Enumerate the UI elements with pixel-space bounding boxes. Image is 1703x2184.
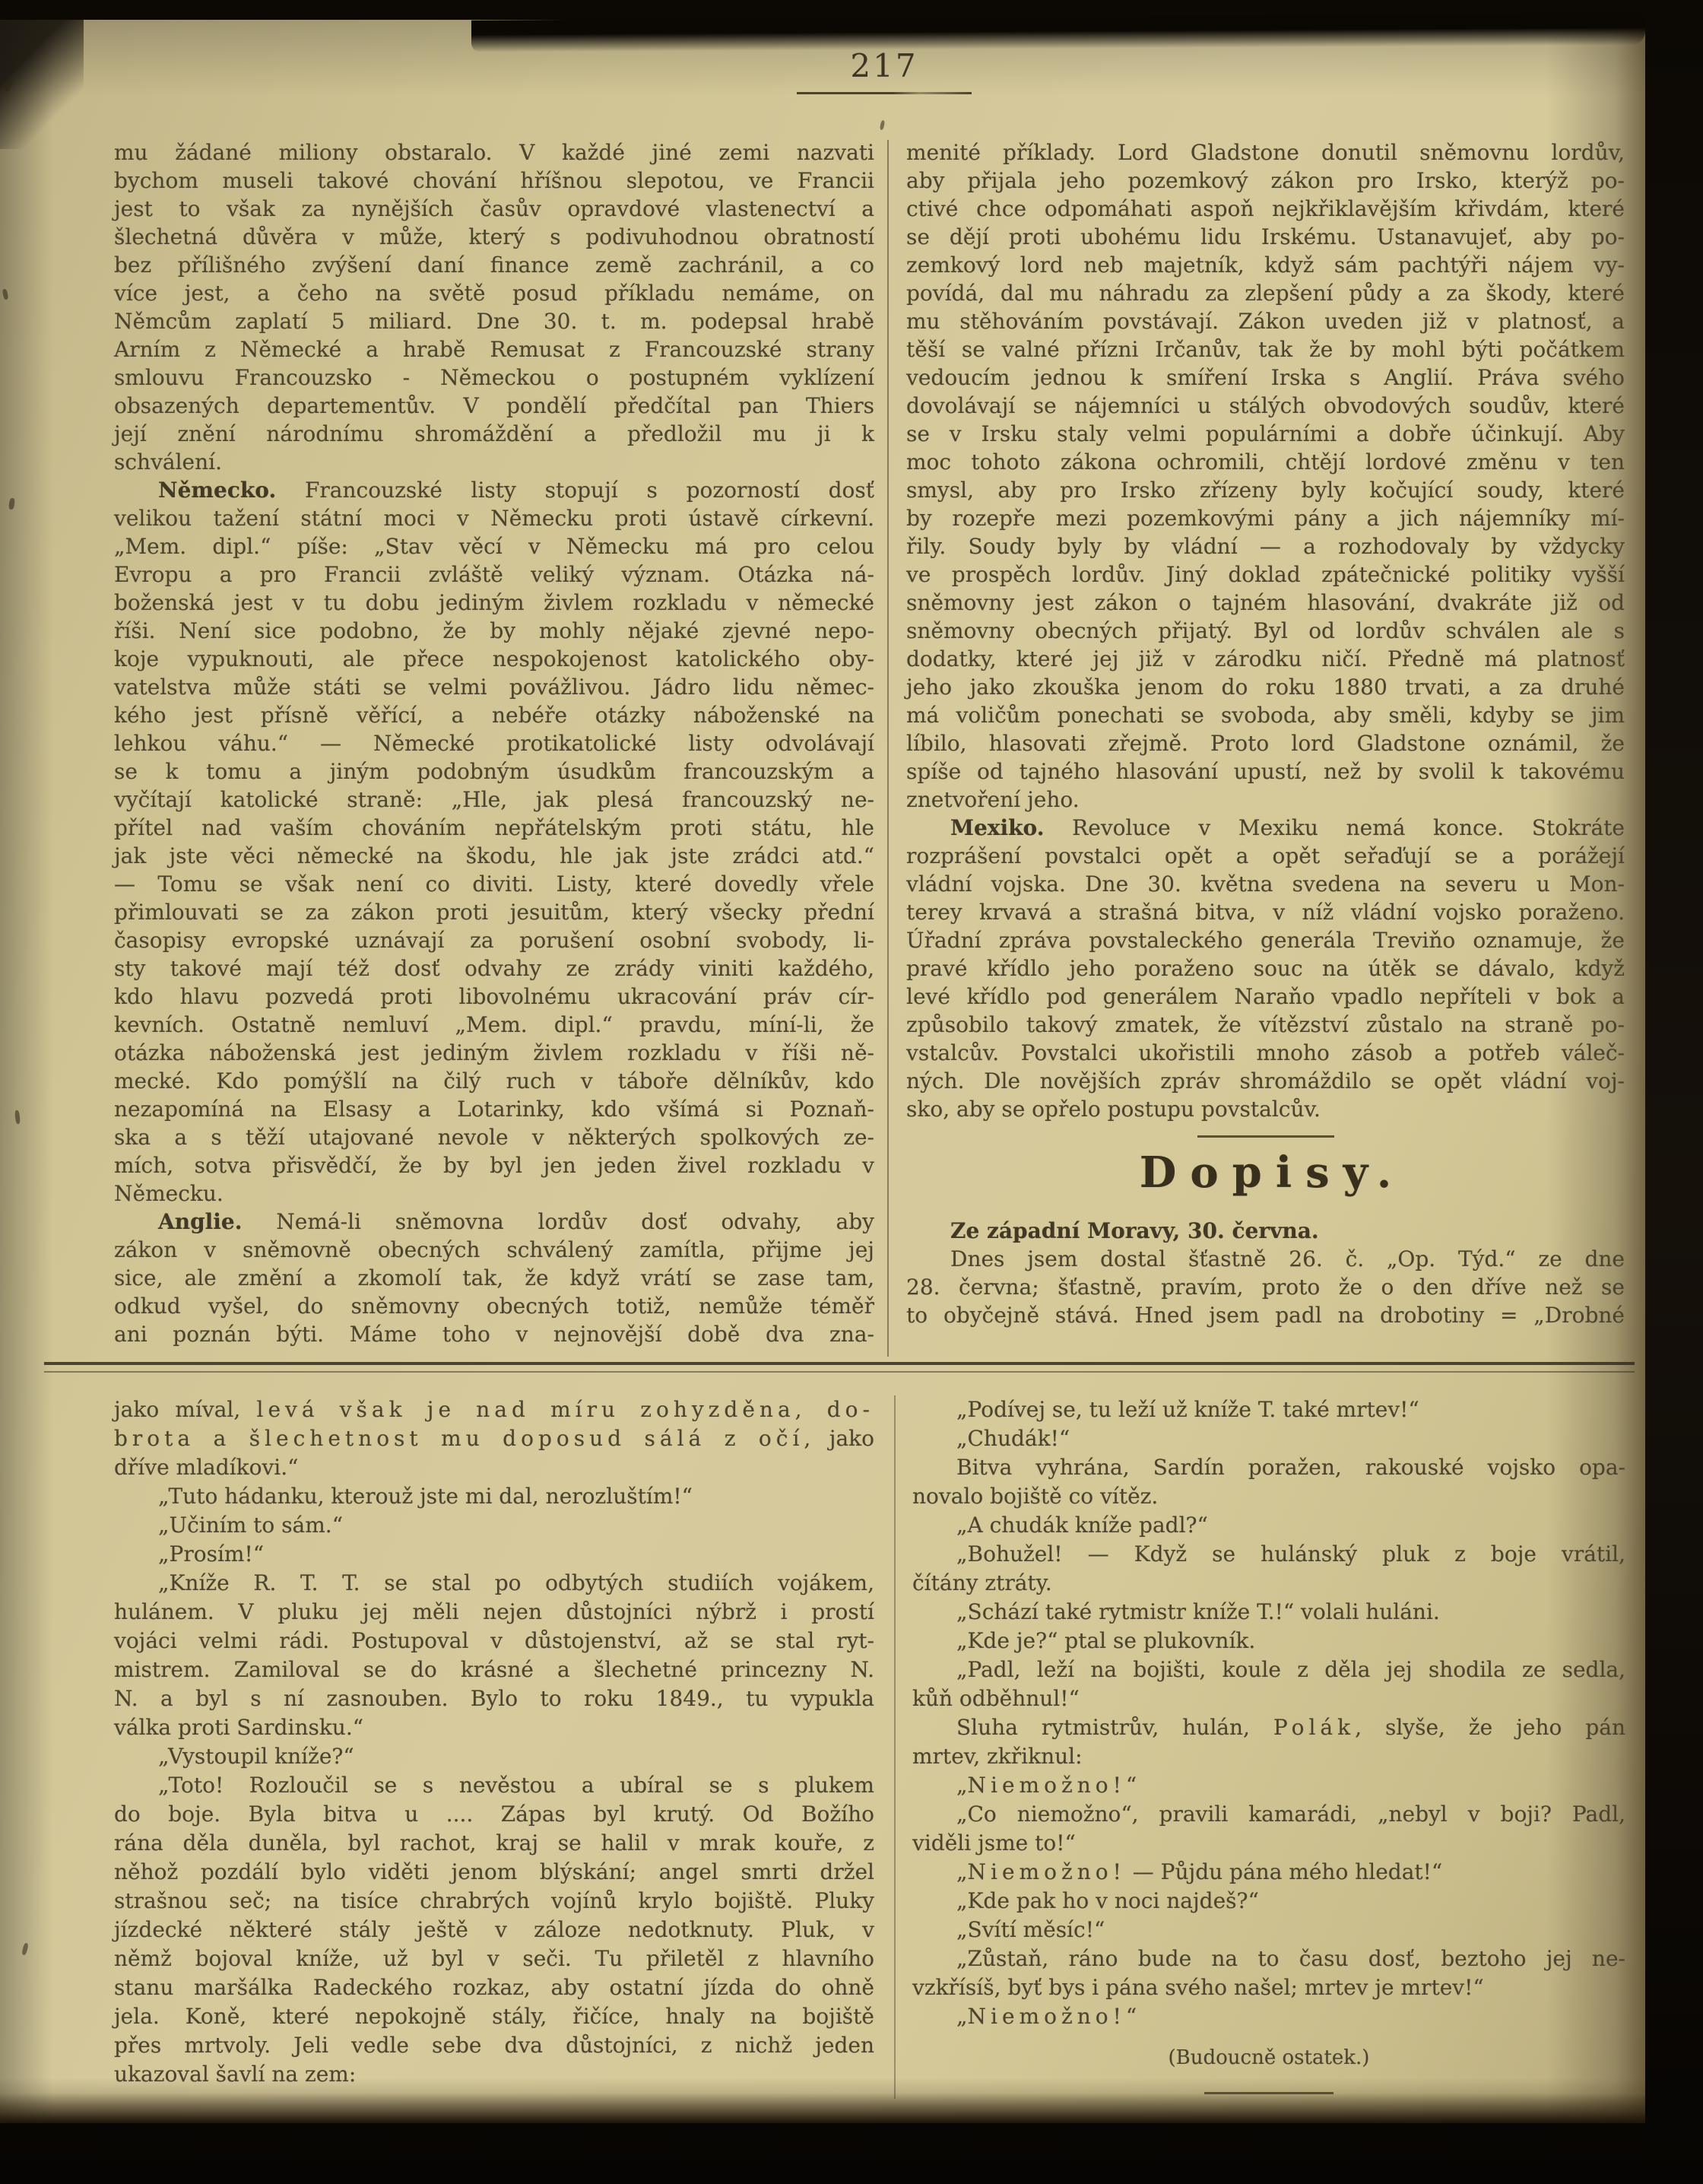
text-line: sněmovny jest zákon o tajném hlasování, …	[906, 589, 1625, 617]
bold-lead: Anglie.	[158, 1209, 243, 1234]
text-line: lehkou váhu.“ — Německé protikatolické l…	[114, 729, 874, 757]
text-line: „Niemožno!“	[912, 1771, 1625, 1800]
text-line: „Prosím!“	[114, 1540, 874, 1569]
text-line: sice, ale změní a zkomolí tak, že když v…	[114, 1264, 874, 1292]
text-line: Německo. Francouzské listy stopují s poz…	[114, 476, 874, 504]
text-line: sko, aby se opřelo postupu povstalcův.	[906, 1095, 1625, 1123]
text-line: zemkový lord neb majetník, když sám pach…	[906, 251, 1625, 279]
text-line: „Svítí měsíc!“	[912, 1916, 1625, 1944]
main-right-column: menité příklady. Lord Gladstone donutil …	[906, 138, 1625, 1329]
text-line: 28. června; šťastně, pravím, proto že o …	[906, 1273, 1625, 1301]
page-number: 217	[850, 47, 918, 84]
text-line: dříve mladíkovi.“	[114, 1453, 874, 1482]
text-line: vatelstva může státi se velmi povážlivou…	[114, 673, 874, 701]
text-line: válka proti Sardinsku.“	[114, 1713, 874, 1742]
text-line: „Kníže R. T. T. se stal po odbytých stud…	[114, 1569, 874, 1598]
text-line: vojáci velmi rádi. Postupoval v důstojen…	[114, 1627, 874, 1655]
text-line: „Učiním to sám.“	[114, 1511, 874, 1540]
feuilleton-end-rule	[1204, 2092, 1334, 2094]
text-line: líbilo, hlasovati zřejmě. Proto lord Gla…	[906, 729, 1625, 757]
text-line: stanu maršálka Radeckého rozkaz, aby ost…	[114, 1973, 874, 2002]
feuilleton-right-text: „Podívej se, tu leží už kníže T. také mr…	[912, 1395, 1625, 2031]
text-line: mu stěhováním povstávají. Zákon uveden j…	[906, 307, 1625, 335]
text-line: řily. Soudy byly by vládní — a rozhodova…	[906, 532, 1625, 560]
text-line: vládní vojska. Dne 30. května svedena na…	[906, 870, 1625, 898]
text-line: moc tohoto zákona ochromili, chtějí lord…	[906, 448, 1625, 476]
text-line: kdo hlavu pozvedá proti libovolnému ukra…	[114, 982, 874, 1011]
text-line: rána děla duněla, byl rachot, kraj se ha…	[114, 1829, 874, 1858]
spaced-emphasis: brota a šlechetnost mu doposud sálá z oč…	[114, 1426, 815, 1451]
text-line: spíše od tajného hlasování upustí, než b…	[906, 757, 1625, 786]
text-line: smysl, aby pro Irsko zřízeny byly kočují…	[906, 476, 1625, 504]
text-line: Mexiko. Revoluce v Mexiku nemá konce. St…	[906, 814, 1625, 842]
page-corner-shadow	[0, 20, 84, 149]
text-line: obsazených departementův. V pondělí před…	[114, 392, 874, 420]
text-line: vzkřísíš, byť bys i pána svého našel; mr…	[912, 1973, 1625, 2002]
text-line: „A chudák kníže padl?“	[912, 1511, 1625, 1540]
text-line: ukazoval šavlí na zem:	[114, 2060, 874, 2089]
text-line: jela. Koně, které nepokojně stály, řičíc…	[114, 2002, 874, 2031]
text-line: způsobilo takový zmatek, že vítězství zů…	[906, 1011, 1625, 1039]
text-line: Úřadní zpráva povstaleckého generála Tre…	[906, 926, 1625, 954]
text-line: do boje. Byla bitva u .... Zápas byl kru…	[114, 1800, 874, 1829]
spaced-emphasis: Niemožno!	[968, 2004, 1126, 2029]
text-line: vyčítají katolické straně: „Hle, jak ple…	[114, 786, 874, 814]
text-line: to obyčejně stává. Hned jsem padl na dro…	[906, 1301, 1625, 1329]
text-line: její znění národnímu shromáždění a předl…	[114, 420, 874, 448]
text-line: brota a šlechetnost mu doposud sálá z oč…	[114, 1424, 874, 1453]
text-line: mrtev, zkřiknul:	[912, 1742, 1625, 1771]
text-line: „Tuto hádanku, kterouž jste mi dal, nero…	[114, 1482, 874, 1511]
text-line: Sluha rytmistrův, hulán, Polák, slyše, ž…	[912, 1713, 1625, 1742]
text-line: kevních. Ostatně nemluví „Mem. dipl.“ pr…	[114, 1011, 874, 1039]
text-line: něhož pozdálí bylo viděti jenom blýskání…	[114, 1858, 874, 1887]
text-line: povídá, dal mu náhradu za zlepšení půdy …	[906, 279, 1625, 307]
text-line: ani poznán býti. Máme toho v nejnovější …	[114, 1320, 874, 1348]
text-line: říši. Není sice podobno, že by mohly něj…	[114, 617, 874, 645]
text-line: kůň odběhnul!“	[912, 1684, 1625, 1713]
text-line: — Tomu se však není co diviti. Listy, kt…	[114, 870, 874, 898]
text-line: se k tomu a jiným podobným úsudkům franc…	[114, 757, 874, 786]
section-divider-thin	[44, 1371, 1635, 1373]
text-line: sty takové mají též dosť odvahy ze zrády…	[114, 954, 874, 982]
text-line: „Schází také rytmistr kníže T.!“ volali …	[912, 1598, 1625, 1627]
text-line: Arním z Německé a hrabě Remusat z Franco…	[114, 335, 874, 363]
text-line: Němcům zaplatí 5 miliard. Dne 30. t. m. …	[114, 307, 874, 335]
main-left-column: mu žádané miliony obstaralo. V každé jin…	[114, 138, 874, 1348]
text-line: nezapomíná na Elsasy a Lotarinky, kdo vš…	[114, 1095, 874, 1123]
text-line: boženská jest v tu dobu jediným živlem r…	[114, 589, 874, 617]
text-line: těší se valné přízni Irčanův, tak že by …	[906, 335, 1625, 363]
text-line: ctivé chce odpomáhati aspoň nejkřiklavěj…	[906, 195, 1625, 223]
bold-lead: Německo.	[158, 478, 276, 503]
text-line: má voličům ponechati se svoboda, aby smě…	[906, 701, 1625, 729]
text-line: bychom museli takové chování hříšnou sle…	[114, 167, 874, 195]
text-line: znetvoření jeho.	[906, 786, 1625, 814]
text-line: bez přílišného zvýšení daní finance země…	[114, 251, 874, 279]
text-line: terey krvavá a strašná bitva, v níž vlád…	[906, 898, 1625, 926]
text-line: „Mem. dipl.“ píše: „Stav věcí v Německu …	[114, 532, 874, 560]
text-line: přimlouvati se za zákon proti jesuitům, …	[114, 898, 874, 926]
text-line: ných. Dle novějších zpráv shromáždilo se…	[906, 1067, 1625, 1095]
text-line: jízdecké některé stály ještě v záloze ne…	[114, 1916, 874, 1944]
column-divider-feuilleton	[894, 1395, 896, 2099]
text-line: koje vypuknouti, ale přece nespokojenost…	[114, 645, 874, 673]
text-line: hulánem. V pluku jej měli nejen důstojní…	[114, 1598, 874, 1627]
spaced-emphasis: levá však je nad míru zohyzděna, do-	[256, 1397, 874, 1422]
text-line: přítel nad vaším chováním nepřátelským p…	[114, 814, 874, 842]
text-line: více jest, a čeho na světě posud příklad…	[114, 279, 874, 307]
text-line: „Chudák!“	[912, 1424, 1625, 1453]
header-rule	[797, 92, 972, 94]
dopisy-text: Ze západní Moravy, 30. června.Dnes jsem …	[906, 1217, 1625, 1329]
text-line: „Podívej se, tu leží už kníže T. také mr…	[912, 1395, 1625, 1424]
text-line: pravé křídlo jeho poraženo souc na útěk …	[906, 954, 1625, 982]
text-line: „Kde je?“ ptal se plukovník.	[912, 1627, 1625, 1655]
column-divider-main	[887, 140, 889, 1357]
text-line: strašnou seč; na tisíce chrabrých vojínů…	[114, 1887, 874, 1916]
text-line: mecké. Kdo pomýšlí na čilý ruch v táboře…	[114, 1067, 874, 1095]
text-line: „Padl, leží na bojišti, koule z děla jej…	[912, 1655, 1625, 1684]
text-line: „Niemožno!“	[912, 2002, 1625, 2031]
text-line: ska a s těží utajované nevole v některýc…	[114, 1123, 874, 1151]
feuilleton-left-text: jako míval, levá však je nad míru zohyzd…	[114, 1395, 874, 2089]
text-line: smlouvu Francouzsko - Německou o postupn…	[114, 363, 874, 392]
text-line: kého jest přísně věřící, a nebéře otázky…	[114, 701, 874, 729]
text-line: sněmovny obecných přijatý. Byl od lordův…	[906, 617, 1625, 645]
text-line: jak jste věci německé na škodu, hle jak …	[114, 842, 874, 870]
text-line: otázka náboženská jest jediným živlem ro…	[114, 1039, 874, 1067]
text-line: „Niemožno! — Půjdu pána mého hledat!“	[912, 1858, 1625, 1887]
text-line: jest to však za nynějších časův opravdov…	[114, 195, 874, 223]
text-line: Anglie. Nemá-li sněmovna lordův dosť odv…	[114, 1208, 874, 1236]
section-divider-thick	[44, 1362, 1635, 1365]
text-line: mistrem. Zamiloval se do krásné a šleche…	[114, 1655, 874, 1684]
text-line: šlechetná důvěra v může, který s podivuh…	[114, 223, 874, 251]
text-line: jako míval, levá však je nad míru zohyzd…	[114, 1395, 874, 1424]
feuilleton-continuation-note: (Budoucně ostatek.)	[912, 2043, 1625, 2072]
text-line: ve prospěch lordův. Jiný doklad zpátečni…	[906, 560, 1625, 589]
text-line: „Toto! Rozloučil se s nevěstou a ubíral …	[114, 1771, 874, 1800]
text-line: přes mrtvoly. Jeli vedle sebe dva důstoj…	[114, 2031, 874, 2060]
text-line: N. a byl s ní zasnouben. Bylo to roku 18…	[114, 1684, 874, 1713]
text-line: zákon v sněmovně obecných schválený zamí…	[114, 1236, 874, 1264]
text-line: se dějí proti ubohému lidu Irskému. Usta…	[906, 223, 1625, 251]
text-line: rozprášení povstalci opět a opět seřaďuj…	[906, 842, 1625, 870]
text-line: vstalcův. Povstalci ukořistili mnoho zás…	[906, 1039, 1625, 1067]
text-line: dovolávají se nájemníci u stálých obvodo…	[906, 392, 1625, 420]
text-line: Dnes jsem dostal šťastně 26. č. „Op. Týd…	[906, 1245, 1625, 1273]
text-line: dodatky, které jej již v zárodku ničí. P…	[906, 645, 1625, 673]
main-right-text: menité příklady. Lord Gladstone donutil …	[906, 138, 1625, 1123]
text-line: čítány ztráty.	[912, 1569, 1625, 1598]
text-line: „Co niemožno“, pravili kamarádi, „nebyl …	[912, 1800, 1625, 1829]
text-line: viděli jsme to!“	[912, 1829, 1625, 1858]
bold-lead: Mexiko.	[950, 815, 1044, 840]
text-line: levé křídlo pod generálem Naraňo vpadlo …	[906, 982, 1625, 1011]
text-line: aby přijala jeho pozemkový zákon pro Irs…	[906, 167, 1625, 195]
spaced-emphasis: Niemožno!	[968, 1859, 1126, 1884]
text-line: novalo bojiště co vítěz.	[912, 1482, 1625, 1511]
dopisy-section-rule	[1197, 1135, 1334, 1138]
text-line: Evropu a pro Francii zvláště veliký význ…	[114, 560, 874, 589]
text-line: „Kde pak ho v noci najdeš?“	[912, 1887, 1625, 1916]
spaced-emphasis: Niemožno!	[968, 1773, 1126, 1798]
page-header: 217	[797, 47, 972, 84]
dopisy-heading: Dopisy.	[906, 1151, 1625, 1194]
spaced-emphasis: Polák	[1273, 1715, 1355, 1740]
bottom-scan-shadow	[0, 2093, 1645, 2123]
main-left-text: mu žádané miliony obstaralo. V každé jin…	[114, 138, 874, 1348]
text-line: „Vystoupil kníže?“	[114, 1742, 874, 1771]
text-line: Bitva vyhrána, Sardín poražen, rakouské …	[912, 1453, 1625, 1482]
scanned-newspaper-page: { "page": { "number": "217" }, "colors":…	[0, 0, 1703, 2184]
text-line: Ze západní Moravy, 30. června.	[906, 1217, 1625, 1245]
text-line: schválení.	[114, 448, 874, 476]
text-line: velikou tažení státní moci v Německu pro…	[114, 504, 874, 532]
feuilleton-left-column: jako míval, levá však je nad míru zohyzd…	[114, 1395, 874, 2089]
feuilleton-right-column: „Podívej se, tu leží už kníže T. také mr…	[912, 1395, 1625, 2094]
text-line: menité příklady. Lord Gladstone donutil …	[906, 138, 1625, 167]
text-line: by rozepře mezi pozemkovými pány a jich …	[906, 504, 1625, 532]
text-line: „Bohužel! — Když se hulánský pluk z boje…	[912, 1540, 1625, 1569]
text-line: němž bojoval kníže, už byl v seči. Tu př…	[114, 1944, 874, 1973]
text-line: mích, sotva přisvědčí, že by byl jen jed…	[114, 1151, 874, 1179]
text-line: jeho jako zkouška jenom do roku 1880 trv…	[906, 673, 1625, 701]
text-line: „Zůstaň, ráno bude na to času dosť, bezt…	[912, 1944, 1625, 1973]
text-line: vedoucím jednou k smíření Irska s Anglií…	[906, 363, 1625, 392]
text-line: Německu.	[114, 1179, 874, 1208]
text-line: časopisy evropské uznávají za porušení o…	[114, 926, 874, 954]
text-line: se v Irsku staly velmi populárními a dob…	[906, 420, 1625, 448]
text-line: odkud vyšel, do sněmovny obecných totiž,…	[114, 1292, 874, 1320]
text-line: mu žádané miliony obstaralo. V každé jin…	[114, 138, 874, 167]
